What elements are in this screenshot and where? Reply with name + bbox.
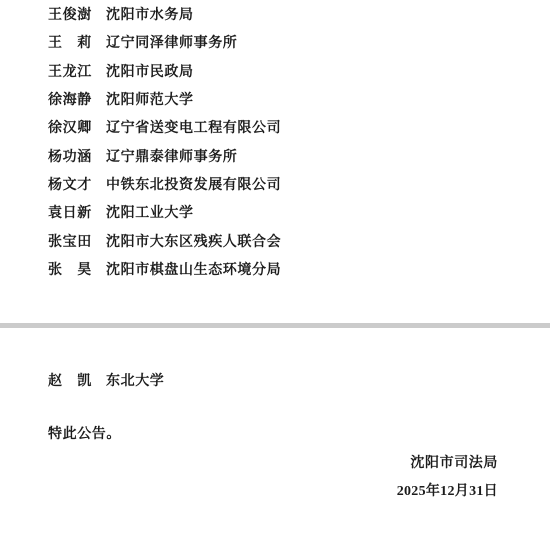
list-item: 张 昊 沈阳市棋盘山生态环境分局 (0, 255, 550, 283)
person-name: 张 昊 (48, 259, 92, 279)
list-item: 袁日新 沈阳工业大学 (0, 198, 550, 226)
issuer-name: 沈阳市司法局 (410, 452, 498, 472)
issue-date: 2025年12月31日 (0, 476, 550, 504)
organization-name: 中铁东北投资发展有限公司 (106, 174, 281, 194)
organization-name: 东北大学 (106, 370, 164, 390)
issuer-signature: 沈阳市司法局 (0, 448, 550, 476)
organization-name: 沈阳师范大学 (106, 89, 194, 109)
person-name: 徐汉卿 (48, 117, 92, 137)
person-name: 王 莉 (48, 32, 92, 52)
person-name: 徐海静 (48, 89, 92, 109)
closing-text: 特此公告。 (48, 423, 121, 443)
closing-statement: 特此公告。 (0, 419, 550, 447)
list-item: 徐汉卿 辽宁省送变电工程有限公司 (0, 113, 550, 141)
list-item: 杨功涵 辽宁鼎泰律师事务所 (0, 141, 550, 169)
person-name: 杨功涵 (48, 146, 92, 166)
person-name: 赵 凯 (48, 370, 92, 390)
list-item: 张宝田 沈阳市大东区残疾人联合会 (0, 226, 550, 254)
person-name: 袁日新 (48, 202, 92, 222)
list-item: 杨文才 中铁东北投资发展有限公司 (0, 170, 550, 198)
organization-name: 辽宁鼎泰律师事务所 (106, 146, 237, 166)
person-name: 张宝田 (48, 231, 92, 251)
organization-name: 辽宁同泽律师事务所 (106, 32, 237, 52)
person-name: 杨文才 (48, 174, 92, 194)
person-name: 王俊澍 (48, 4, 92, 24)
announcement-page: 王俊澍 沈阳市水务局 王 莉 辽宁同泽律师事务所 王龙江 沈阳市民政局 徐海静 … (0, 0, 550, 542)
list-item: 赵 凯 东北大学 (0, 366, 550, 394)
organization-name: 沈阳市大东区残疾人联合会 (106, 231, 281, 251)
list-item: 王 莉 辽宁同泽律师事务所 (0, 28, 550, 56)
organization-name: 沈阳市民政局 (106, 61, 194, 81)
organization-name: 辽宁省送变电工程有限公司 (106, 117, 281, 137)
organization-name: 沈阳市棋盘山生态环境分局 (106, 259, 281, 279)
organization-name: 沈阳市水务局 (106, 4, 194, 24)
list-item: 王龙江 沈阳市民政局 (0, 57, 550, 85)
recipient-list: 王俊澍 沈阳市水务局 王 莉 辽宁同泽律师事务所 王龙江 沈阳市民政局 徐海静 … (0, 0, 550, 283)
organization-name: 沈阳工业大学 (106, 202, 194, 222)
person-name: 王龙江 (48, 61, 92, 81)
list-item: 王俊澍 沈阳市水务局 (0, 0, 550, 28)
issue-date-text: 2025年12月31日 (397, 480, 498, 500)
list-item: 徐海静 沈阳师范大学 (0, 85, 550, 113)
page-break-divider (0, 323, 550, 328)
